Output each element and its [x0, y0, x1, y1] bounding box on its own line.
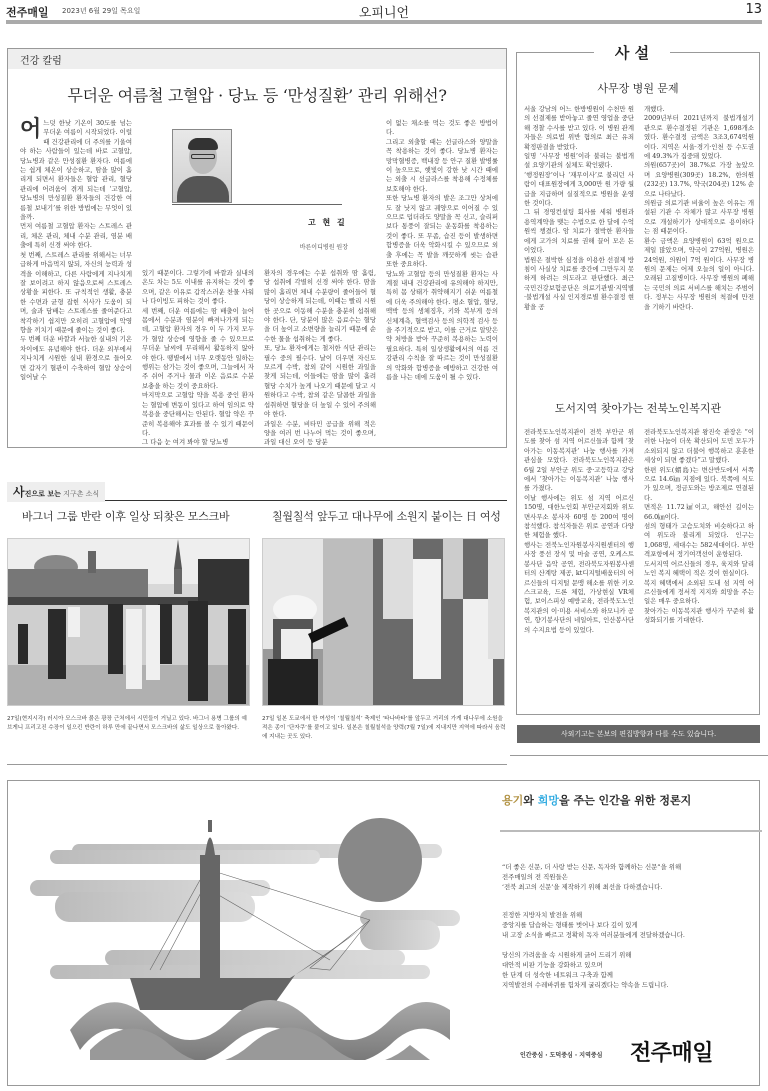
section-title: 오피니언 [0, 2, 768, 21]
column-text-1: 어느덧 한낮 기온이 30도를 넘는 무더운 여름이 시작되었다. 이럴 때 건… [20, 119, 132, 382]
column-tag: 건강 칼럼 [8, 49, 506, 69]
photo-section-rule [7, 764, 507, 765]
ad-logo: 전주매일 [630, 1036, 713, 1067]
author-role: 바른이디병원 원장 [268, 242, 348, 251]
column-headline: 무더운 여름철 고혈압 · 당뇨 등 ‘만성질환’ 관리 위해선? [8, 83, 506, 106]
photo-caption-tanabata: 27일 일본 도쿄에서 한 여성이 ‘칠월칠석’ 축제인 ‘타나바타’를 앞두고… [262, 715, 507, 742]
photo-caption-moscow: 27일(현지시각) 러시아 모스크바 붉은 광장 근처에서 시민들이 거닐고 있… [7, 715, 252, 733]
health-column: 건강 칼럼 무더운 여름철 고혈압 · 당뇨 등 ‘만성질환’ 관리 위해선? … [7, 48, 507, 448]
author-name: 고 현 길 [308, 217, 347, 228]
editorial-2-col-1: 전라북도노인복지관이 전북 부안군 위도를 찾아 섬 지역 어르신들과 함께 ‘… [524, 428, 634, 635]
ad-slogan: 용기와 희망을 주는 인간을 위한 정론지 [502, 792, 762, 808]
tanabata-photo [262, 538, 505, 706]
photo-title-moscow: 바그너 그룹 반란 이후 일상 되찾은 모스크바 [22, 508, 229, 524]
editorial-title-1: 사무장 병원 문제 [516, 80, 760, 96]
editorial-label: 사 설 [596, 42, 668, 63]
page-number: 13 [745, 2, 762, 17]
moscow-photo [7, 538, 250, 706]
editorial-1-col-2: 개했다. 2009년부터 2021년까지 불법개설기관으로 환수결정된 기관은 … [644, 105, 754, 312]
photo-title-tanabata: 칠월칠석 앞두고 대나무에 소원지 붙이는 日 여성 [272, 508, 501, 524]
column-text-3: 환자의 경우에는 수분 섭취와 땀 흘림, 당 섭취에 각별히 신경 써야 한다… [264, 269, 376, 448]
editorial-1-col-1: 서울 강남의 어느 한방병원이 수천만 원의 선결제를 받아놓고 줄연 영업을 … [524, 105, 634, 312]
editorial-2-col-2: 전라북도노인복지관 왕진숙 관장은 “이러한 나눔이 더욱 확산되어 도민 모두… [644, 428, 754, 626]
column-text-4: 이 없는 채소를 먹는 것도 좋은 방법이다. 그리고 외출할 때는 선글라스와… [386, 119, 498, 382]
author-photo [172, 129, 232, 203]
author-divider [172, 204, 342, 205]
ad-paragraph-3: 당신의 가려움을 속 시원하게 긁어 드리기 위해 대안적 비판 기능을 강화하… [502, 950, 669, 990]
dropcap: 어 [20, 119, 41, 139]
ad-motto: 인간중심 · 도덕중심 · 지역중심 [520, 1050, 602, 1059]
ad-paragraph-2: 진정한 지방자치 발전을 위해 중앙지를 답습하는 형태를 벗어나 보다 깊이 … [502, 910, 685, 940]
ship-illustration [30, 800, 460, 1060]
masthead-rule [6, 20, 762, 24]
ad-paragraph-1: “더 좋은 신문, 더 사랑 받는 신문, 독자와 함께하는 신문”을 위해 전… [502, 862, 681, 892]
photo-news-header: 사진으로 보는 지구촌 소식 [7, 481, 507, 501]
disclaimer-banner: 사외기고는 본보의 편집방향과 다를 수도 있습니다. [517, 725, 760, 743]
masthead: 전주매일 2023년 6월 29일 목요일 오피니언 13 [0, 0, 768, 22]
editorial-title-2: 도서지역 찾아가는 전북노인복지관 [516, 400, 760, 416]
column-text-2: 있기 때문이다. 그렇기에 바깥과 실내의 온도 차는 5도 이내를 유지하는 … [142, 269, 254, 448]
